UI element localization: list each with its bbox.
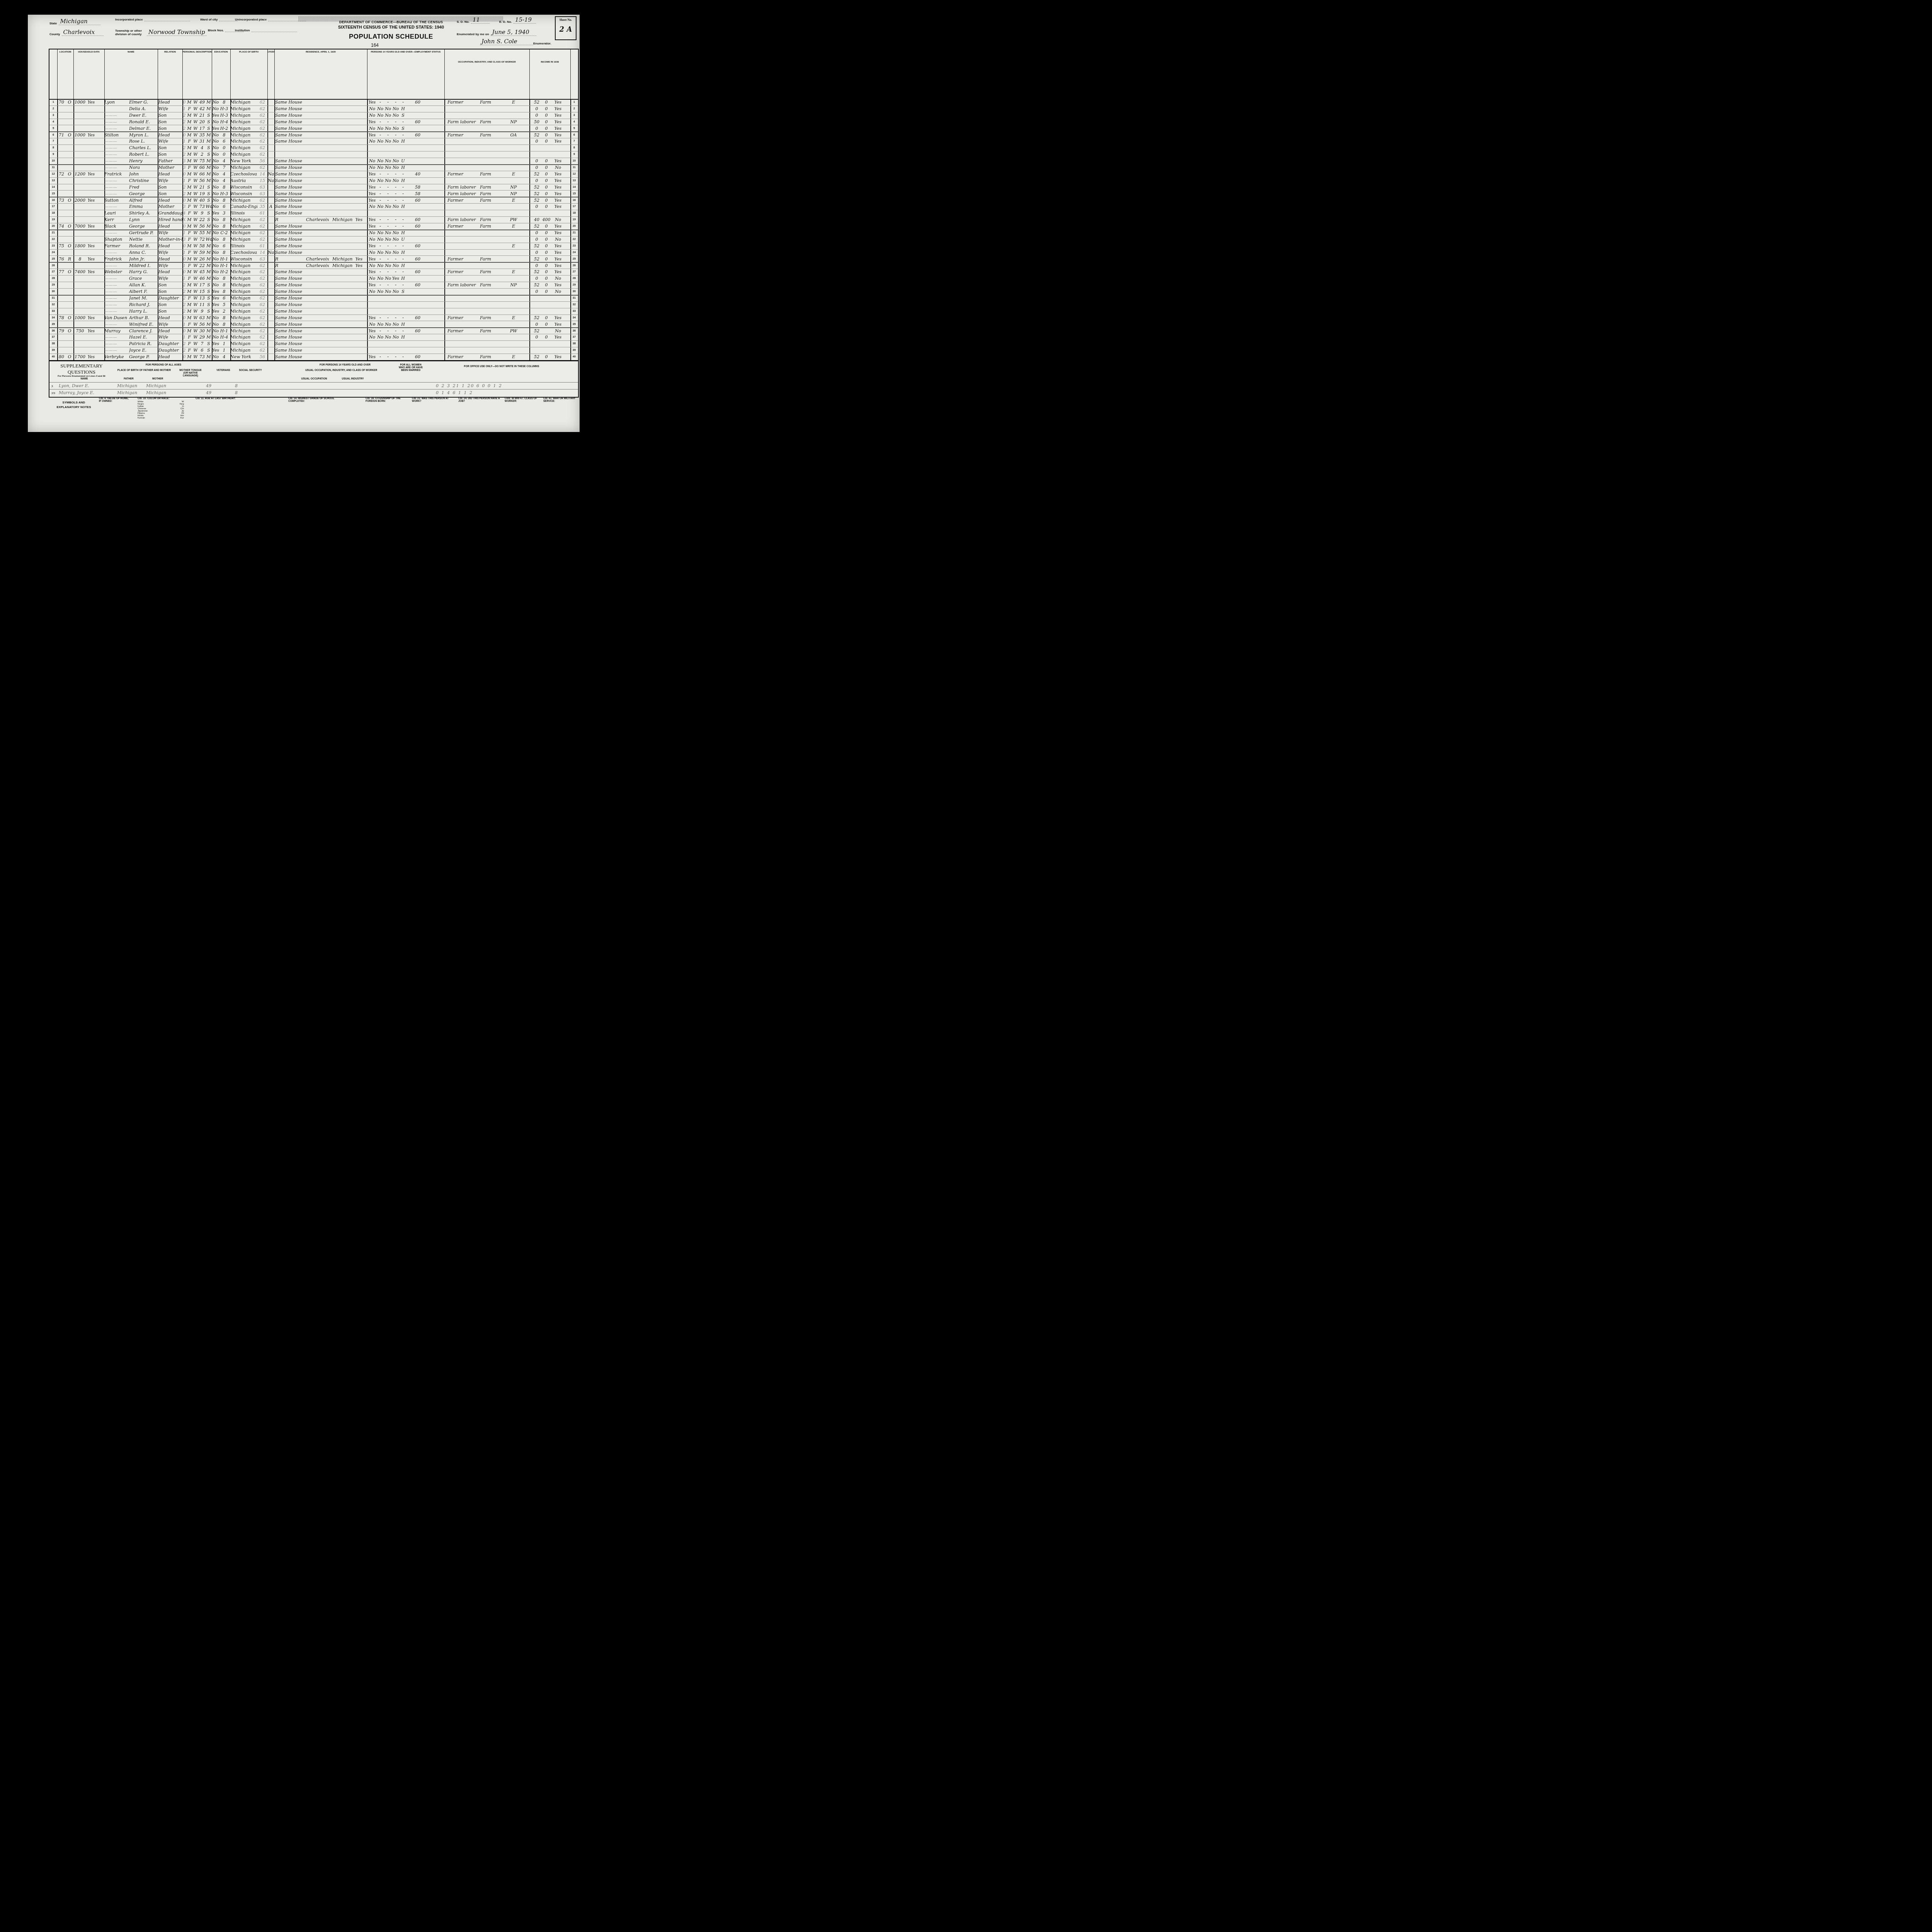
cell-race: W <box>192 132 199 138</box>
cell-relation: Head <box>158 315 182 321</box>
table-row: 1111———NoraMother3FW66MNo7Michigan62Same… <box>49 164 578 171</box>
cell-code: 1 <box>182 105 186 112</box>
cell-cls <box>509 145 519 151</box>
cell-age: 55 <box>199 230 206 236</box>
cell-house <box>57 190 66 197</box>
cell-citizen <box>267 190 274 197</box>
cell-value <box>73 321 87 328</box>
cell-at-work: Yes <box>368 119 376 125</box>
enumerator-signature: John S. Cole <box>480 38 533 45</box>
cell-citizen <box>267 301 274 308</box>
cell-res-county <box>306 269 331 275</box>
cell-res-county <box>306 340 331 347</box>
line-number-right: 38 <box>570 340 578 347</box>
cell-residence: Same House <box>275 171 305 177</box>
cell-age: 73 <box>199 354 206 360</box>
cell-w25: H <box>400 203 406 210</box>
cell-bcode: 62 <box>258 328 267 334</box>
cell-farm: Yes <box>87 315 96 321</box>
cell-w22 <box>376 210 384 216</box>
cell-residence: Same House <box>275 138 305 145</box>
cell-occupation <box>447 105 478 112</box>
cell-race: W <box>192 210 199 216</box>
cell-code: 2 <box>182 308 186 315</box>
cell-school: Yes <box>212 347 219 354</box>
cell-code: 2 <box>182 145 186 151</box>
cell-w25: - <box>400 354 406 360</box>
cell-farm: Yes <box>87 354 96 360</box>
cell-school: Yes <box>212 210 219 216</box>
cell-industry <box>480 145 507 151</box>
cell-value <box>73 340 87 347</box>
cell-farm: Yes <box>87 328 96 334</box>
cell-relation: Wife <box>158 105 182 112</box>
cell-given: Grace <box>129 275 158 282</box>
cell-res-farm <box>355 164 363 171</box>
cell-industry <box>480 151 507 158</box>
cell-w24: - <box>392 119 400 125</box>
cell-cls <box>509 203 519 210</box>
cell-relation: Head <box>158 256 182 262</box>
cell-bcode: 62 <box>258 308 267 315</box>
cell-industry: Farm <box>480 354 507 360</box>
cell-industry: Farm <box>480 190 507 197</box>
cell-industry: Farm <box>480 315 507 321</box>
cell-house <box>57 105 66 112</box>
cell-race: W <box>192 236 199 243</box>
cell-residence: Same House <box>275 315 305 321</box>
cell-grade: 1 <box>219 340 229 347</box>
cell-res-state <box>332 158 354 164</box>
cell-school: No <box>212 230 219 236</box>
cell-house <box>57 249 66 256</box>
cell-wages: 0 <box>541 177 552 184</box>
population-table: LOCATION HOUSEHOLD DATA NAME RELATION PE… <box>49 49 579 361</box>
cell-w24: No <box>392 177 400 184</box>
cell-occupation <box>447 275 478 282</box>
cell-w25 <box>400 347 406 354</box>
cell-res-farm <box>355 308 363 315</box>
cell-house <box>57 210 66 216</box>
cell-w22: No <box>376 177 384 184</box>
cell-relation: Wife <box>158 334 182 340</box>
cell-w24: - <box>392 99 400 105</box>
cell-code: 1 <box>182 334 186 340</box>
cell-hours <box>412 125 423 132</box>
line-number-right: 24 <box>570 249 578 256</box>
cell-res-state <box>332 315 354 321</box>
cell-occupation <box>447 145 478 151</box>
cell-res-state <box>332 275 354 282</box>
cell-res-county: Charlevoix <box>306 262 331 269</box>
cell-other-income: Yes <box>553 354 563 360</box>
cell-race: W <box>192 138 199 145</box>
cell-w22: No <box>376 321 384 328</box>
cell-given: Albert F. <box>129 288 158 295</box>
cell-industry <box>480 301 507 308</box>
cell-weeks <box>532 210 541 216</box>
line-number-right: 14 <box>570 184 578 190</box>
cell-w22 <box>376 295 384 301</box>
line-number-right: 13 <box>570 177 578 184</box>
cell-w24: - <box>392 132 400 138</box>
cell-hours: 60 <box>412 354 423 360</box>
line-number-right: 5 <box>570 125 578 132</box>
cell-given: John <box>129 171 158 177</box>
cell-age: 59 <box>199 249 206 256</box>
line-number: 23 <box>49 243 57 249</box>
cell-citizen <box>267 256 274 262</box>
cell-owned <box>66 301 73 308</box>
cell-occupation <box>447 112 478 119</box>
cell-school: Yes <box>212 288 219 295</box>
cell-relation: Head <box>158 328 182 334</box>
cell-code: 2 <box>182 347 186 354</box>
cell-bcode: 62 <box>258 262 267 269</box>
cell-cls <box>509 138 519 145</box>
cell-w22: No <box>376 125 384 132</box>
cell-code: 0 <box>182 256 186 262</box>
cell-relation: Son <box>158 119 182 125</box>
cell-given: John Jr. <box>129 256 158 262</box>
cell-occupation <box>447 308 478 315</box>
cell-w24: - <box>392 171 400 177</box>
cell-surname: Lyon <box>104 99 128 105</box>
table-row: 161673O2000YesSuttonAlfredHead0MW40SNo8M… <box>49 197 578 204</box>
cell-sex: F <box>186 262 192 269</box>
cell-at-work: No <box>368 275 376 282</box>
cell-occupation <box>447 230 478 236</box>
cell-w25 <box>400 340 406 347</box>
cell-marital: M <box>206 223 212 230</box>
cell-bcode: 62 <box>258 197 267 204</box>
cell-w23 <box>384 340 392 347</box>
cell-wages <box>541 328 552 334</box>
table-row: 2121———Gertrude P.Wife1FW55MNoC-2Michiga… <box>49 230 578 236</box>
cell-hours: 58 <box>412 184 423 190</box>
cell-weeks: 52 <box>532 223 541 230</box>
cell-farm: Yes <box>87 132 96 138</box>
line-number-right: 37 <box>570 334 578 340</box>
cell-value: 1000 <box>73 99 87 105</box>
cell-farm <box>87 138 96 145</box>
cell-race: W <box>192 216 199 223</box>
cell-code: 1 <box>182 177 186 184</box>
cell-grade: H-3 <box>219 190 229 197</box>
cell-other-income: Yes <box>553 125 563 132</box>
cell-house <box>57 164 66 171</box>
cell-w23: No <box>384 203 392 210</box>
cell-wages <box>541 340 552 347</box>
cell-wages: 0 <box>541 321 552 328</box>
header-personal: PERSONAL DESCRIPTION <box>182 49 212 99</box>
cell-relation: Son <box>158 184 182 190</box>
cell-w24: No <box>392 125 400 132</box>
cell-w25: - <box>400 243 406 249</box>
cell-school: No <box>212 151 219 158</box>
cell-weeks: 52 <box>532 132 541 138</box>
cell-birthplace: Michigan <box>230 151 257 158</box>
cell-marital: M <box>206 328 212 334</box>
cell-value <box>73 295 87 301</box>
cell-occupation <box>447 203 478 210</box>
line-number: 34 <box>49 315 57 321</box>
cell-wages <box>541 151 552 158</box>
cell-surname: Verbryke <box>104 354 128 360</box>
cell-grade: 4 <box>219 158 229 164</box>
cell-surname: ——— <box>104 190 128 197</box>
cell-age: 58 <box>199 243 206 249</box>
cell-house: 72 <box>57 171 66 177</box>
cell-at-work: No <box>368 288 376 295</box>
cell-citizen <box>267 321 274 328</box>
cell-w24: No <box>392 112 400 119</box>
cell-house: 73 <box>57 197 66 204</box>
cell-age: 31 <box>199 138 206 145</box>
cell-grade: 8 <box>219 132 229 138</box>
cell-farm <box>87 184 96 190</box>
cell-house <box>57 282 66 288</box>
line-number-right: 36 <box>570 328 578 334</box>
cell-hours <box>412 301 423 308</box>
cell-wages: 0 <box>541 164 552 171</box>
cell-w23: - <box>384 354 392 360</box>
line-number-right: 10 <box>570 158 578 164</box>
cell-school: No <box>212 197 219 204</box>
cell-value <box>73 216 87 223</box>
cell-residence: Same House <box>275 105 305 112</box>
cell-owned <box>66 216 73 223</box>
cell-given: Delia A. <box>129 105 158 112</box>
cell-res-state <box>332 112 354 119</box>
cell-school: No <box>212 138 219 145</box>
cell-house <box>57 340 66 347</box>
cell-wages <box>541 347 552 354</box>
cell-surname: ——— <box>104 145 128 151</box>
cell-other-income: Yes <box>553 158 563 164</box>
cell-weeks <box>532 340 541 347</box>
cell-weeks: 52 <box>532 197 541 204</box>
cell-citizen <box>267 262 274 269</box>
cell-given: Harry L. <box>129 308 158 315</box>
cell-other-income <box>553 340 563 347</box>
supplementary-row: 3 Lyon, Dwer E. Michigan Michigan 49 8 0… <box>49 382 578 389</box>
cell-occupation <box>447 262 478 269</box>
cell-given: Dwer E. <box>129 112 158 119</box>
cell-relation: Head <box>158 354 182 360</box>
cell-sex: M <box>186 125 192 132</box>
cell-relation: Wife <box>158 249 182 256</box>
cell-residence: Same House <box>275 164 305 171</box>
cell-industry <box>480 112 507 119</box>
census-title: SIXTEENTH CENSUS OF THE UNITED STATES: 1… <box>329 25 453 30</box>
cell-occupation <box>447 177 478 184</box>
cell-farm <box>87 210 96 216</box>
line-number-right: 23 <box>570 243 578 249</box>
cell-residence: Same House <box>275 184 305 190</box>
cell-bcode: 14 <box>258 249 267 256</box>
cell-cls <box>509 256 519 262</box>
cell-weeks <box>532 347 541 354</box>
table-row: 121272O1200YesFratrickJohnHead0MW66MNo4C… <box>49 171 578 178</box>
cell-farm <box>87 282 96 288</box>
cell-code: 1 <box>182 249 186 256</box>
cell-surname: ——— <box>104 262 128 269</box>
cell-owned <box>66 158 73 164</box>
cell-value <box>73 262 87 269</box>
cell-age: 73 <box>199 203 206 210</box>
cell-w25: H <box>400 230 406 236</box>
cell-residence: Same House <box>275 275 305 282</box>
table-row: 343478O1000YesVan DusenArthur B.Head0MW6… <box>49 315 578 321</box>
cell-at-work: No <box>368 138 376 145</box>
cell-hours <box>412 164 423 171</box>
cell-school: No <box>212 315 219 321</box>
cell-at-work <box>368 151 376 158</box>
cell-weeks: 0 <box>532 177 541 184</box>
cell-res-farm <box>355 249 363 256</box>
cell-farm <box>87 262 96 269</box>
cell-surname: ——— <box>104 158 128 164</box>
cell-other-income: No <box>553 164 563 171</box>
cell-given: Patricia R. <box>129 340 158 347</box>
cell-given: Christine <box>129 177 158 184</box>
cell-race: W <box>192 354 199 360</box>
cell-w24: - <box>392 184 400 190</box>
cell-bcode: 62 <box>258 132 267 138</box>
cell-race: W <box>192 119 199 125</box>
cell-weeks: 0 <box>532 203 541 210</box>
cell-house <box>57 216 66 223</box>
cell-w25: - <box>400 269 406 275</box>
cell-w25: - <box>400 197 406 204</box>
cell-marital: M <box>206 243 212 249</box>
line-number-right: 33 <box>570 308 578 315</box>
cell-relation: Son <box>158 301 182 308</box>
cell-surname: ——— <box>104 249 128 256</box>
cell-w24: No <box>392 164 400 171</box>
cell-house: 76 <box>57 256 66 262</box>
cell-sex: M <box>186 151 192 158</box>
cell-cls <box>509 151 519 158</box>
cell-given: Mildred I. <box>129 262 158 269</box>
cell-school: Yes <box>212 125 219 132</box>
cell-owned <box>66 177 73 184</box>
cell-residence: Same House <box>275 119 305 125</box>
cell-farm <box>87 236 96 243</box>
cell-res-county <box>306 145 331 151</box>
cell-house <box>57 308 66 315</box>
cell-relation: Head <box>158 223 182 230</box>
cell-bcode: 62 <box>258 151 267 158</box>
cell-occupation <box>447 301 478 308</box>
cell-age: 29 <box>199 334 206 340</box>
cell-school: No <box>212 243 219 249</box>
cell-hours: 60 <box>412 99 423 105</box>
race-codes: Col. 10. COLOR OR RACE: WhiteWNegroNegIn… <box>138 397 184 419</box>
cell-weeks: 52 <box>532 269 541 275</box>
cell-birthplace: Michigan <box>230 321 257 328</box>
cell-citizen <box>267 151 274 158</box>
cell-given: Shirley A. <box>129 210 158 216</box>
cell-industry <box>480 125 507 132</box>
cell-w22: - <box>376 119 384 125</box>
cell-residence: Same House <box>275 236 305 243</box>
cell-res-state <box>332 295 354 301</box>
cell-w23: - <box>384 328 392 334</box>
cell-sex: M <box>186 99 192 105</box>
cell-farm <box>87 177 96 184</box>
cell-house <box>57 138 66 145</box>
cell-code: 2 <box>182 125 186 132</box>
cell-owned <box>66 275 73 282</box>
microfilm-frame: State Michigan Incorporated place Ward o… <box>0 0 606 446</box>
cell-marital: S <box>206 308 212 315</box>
cell-w23 <box>384 151 392 158</box>
cell-given: Roland R. <box>129 243 158 249</box>
cell-weeks: 52 <box>532 190 541 197</box>
column-headers: LOCATION HOUSEHOLD DATA NAME RELATION PE… <box>49 49 578 100</box>
cell-grade: 6 <box>219 138 229 145</box>
cell-sex: F <box>186 321 192 328</box>
cell-res-farm <box>355 354 363 360</box>
cell-farm <box>87 275 96 282</box>
cell-w23 <box>384 308 392 315</box>
cell-residence: Same House <box>275 340 305 347</box>
cell-wages: 0 <box>541 203 552 210</box>
cell-weeks: 52 <box>532 184 541 190</box>
cell-cls: NP <box>509 119 519 125</box>
cell-surname: Black <box>104 223 128 230</box>
cell-occupation <box>447 158 478 164</box>
table-row: 3232———Richard J.Son2MW11SYes5Michigan62… <box>49 301 578 308</box>
cell-value: 1800 <box>73 243 87 249</box>
cell-citizen <box>267 328 274 334</box>
cell-res-farm <box>355 282 363 288</box>
cell-age: 2 <box>199 151 206 158</box>
cell-value: 2000 <box>73 197 87 204</box>
enumeration-date-field: Enumerated by me on June 5, 1940 <box>457 29 536 36</box>
cell-wages: 0 <box>541 184 552 190</box>
cell-sex: M <box>186 223 192 230</box>
cell-code: 2 <box>182 282 186 288</box>
cell-hours <box>412 236 423 243</box>
cell-at-work: Yes <box>368 99 376 105</box>
cell-house <box>57 177 66 184</box>
cell-school: No <box>212 282 219 288</box>
cell-value <box>73 308 87 315</box>
cell-bcode: 62 <box>258 99 267 105</box>
line-number-right: 2 <box>570 105 578 112</box>
cell-res-state <box>332 125 354 132</box>
cell-bcode: 62 <box>258 236 267 243</box>
cell-w23: No <box>384 138 392 145</box>
cell-age: 9 <box>199 308 206 315</box>
cell-w22: No <box>376 230 384 236</box>
cell-value <box>73 138 87 145</box>
cell-farm <box>87 295 96 301</box>
cell-res-farm <box>355 138 363 145</box>
cell-res-farm <box>355 119 363 125</box>
line-number-right: 17 <box>570 203 578 210</box>
township-field: Township or other division of county Nor… <box>115 29 207 36</box>
cell-residence: Same House <box>275 132 305 138</box>
cell-school: Yes <box>212 295 219 301</box>
cell-citizen <box>267 354 274 360</box>
cell-code: 1 <box>182 262 186 269</box>
cell-w23: No <box>384 125 392 132</box>
cell-code: 3 <box>182 158 186 164</box>
